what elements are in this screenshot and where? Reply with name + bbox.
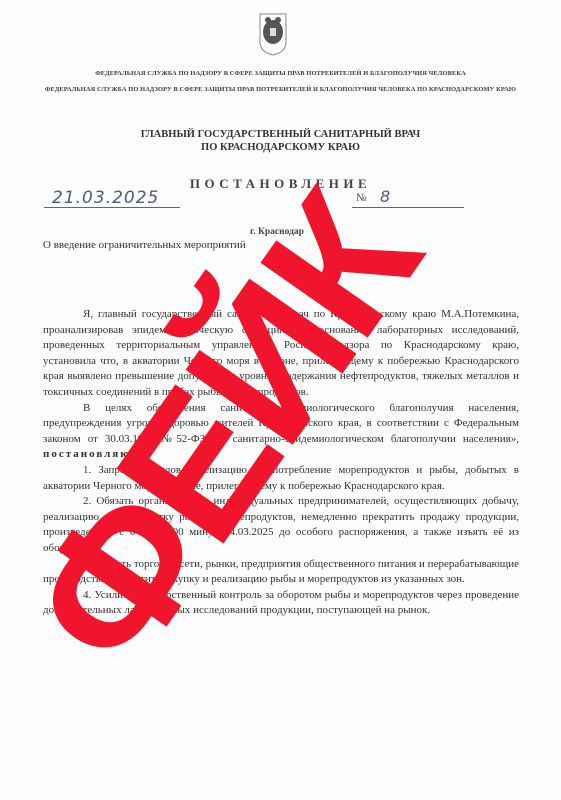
coat-of-arms-icon (258, 12, 288, 56)
officer-title: ГЛАВНЫЙ ГОСУДАРСТВЕННЫЙ САНИТАРНЫЙ ВРАЧ … (20, 128, 541, 154)
paragraph-item-1: 1. Запретить вылов, реализацию и употреб… (43, 463, 519, 494)
regional-agency-header: ФЕДЕРАЛЬНАЯ СЛУЖБА ПО НАДЗОРУ В СФЕРЕ ЗА… (20, 85, 541, 94)
resolve-word: постановляю: (43, 448, 136, 460)
officer-title-line-2: ПО КРАСНОДАРСКОМУ КРАЮ (20, 141, 541, 154)
document-body: Я, главный государственный санитарный вр… (43, 307, 519, 619)
date-underline (44, 207, 180, 208)
city: г. Краснодар (250, 227, 304, 237)
paragraph-basis: В целях обеспечения санитарно-эпидемиоло… (43, 401, 519, 463)
number-underline (352, 207, 464, 208)
officer-title-line-1: ГЛАВНЫЙ ГОСУДАРСТВЕННЫЙ САНИТАРНЫЙ ВРАЧ (20, 128, 541, 141)
document-number: 8 (380, 187, 390, 206)
basis-text: В целях обеспечения санитарно-эпидемиоло… (43, 402, 519, 445)
paragraph-item-3: 3. Обязать торговые сети, рынки, предпри… (43, 557, 519, 588)
paragraph-intro: Я, главный государственный санитарный вр… (43, 307, 519, 401)
paragraph-item-4: 4. Усилить государственный контроль за о… (43, 588, 519, 619)
paragraph-item-2: 2. Обязать организации и индивидуальных … (43, 494, 519, 556)
agency-header: ФЕДЕРАЛЬНАЯ СЛУЖБА ПО НАДЗОРУ В СФЕРЕ ЗА… (20, 69, 541, 78)
document-date: 21.03.2025 (52, 188, 159, 208)
number-sign: № (356, 192, 367, 204)
document-subject: О введение ограничительных мероприятий (43, 237, 253, 254)
document-page: ФЕДЕРАЛЬНАЯ СЛУЖБА ПО НАДЗОРУ В СФЕРЕ ЗА… (0, 0, 561, 800)
